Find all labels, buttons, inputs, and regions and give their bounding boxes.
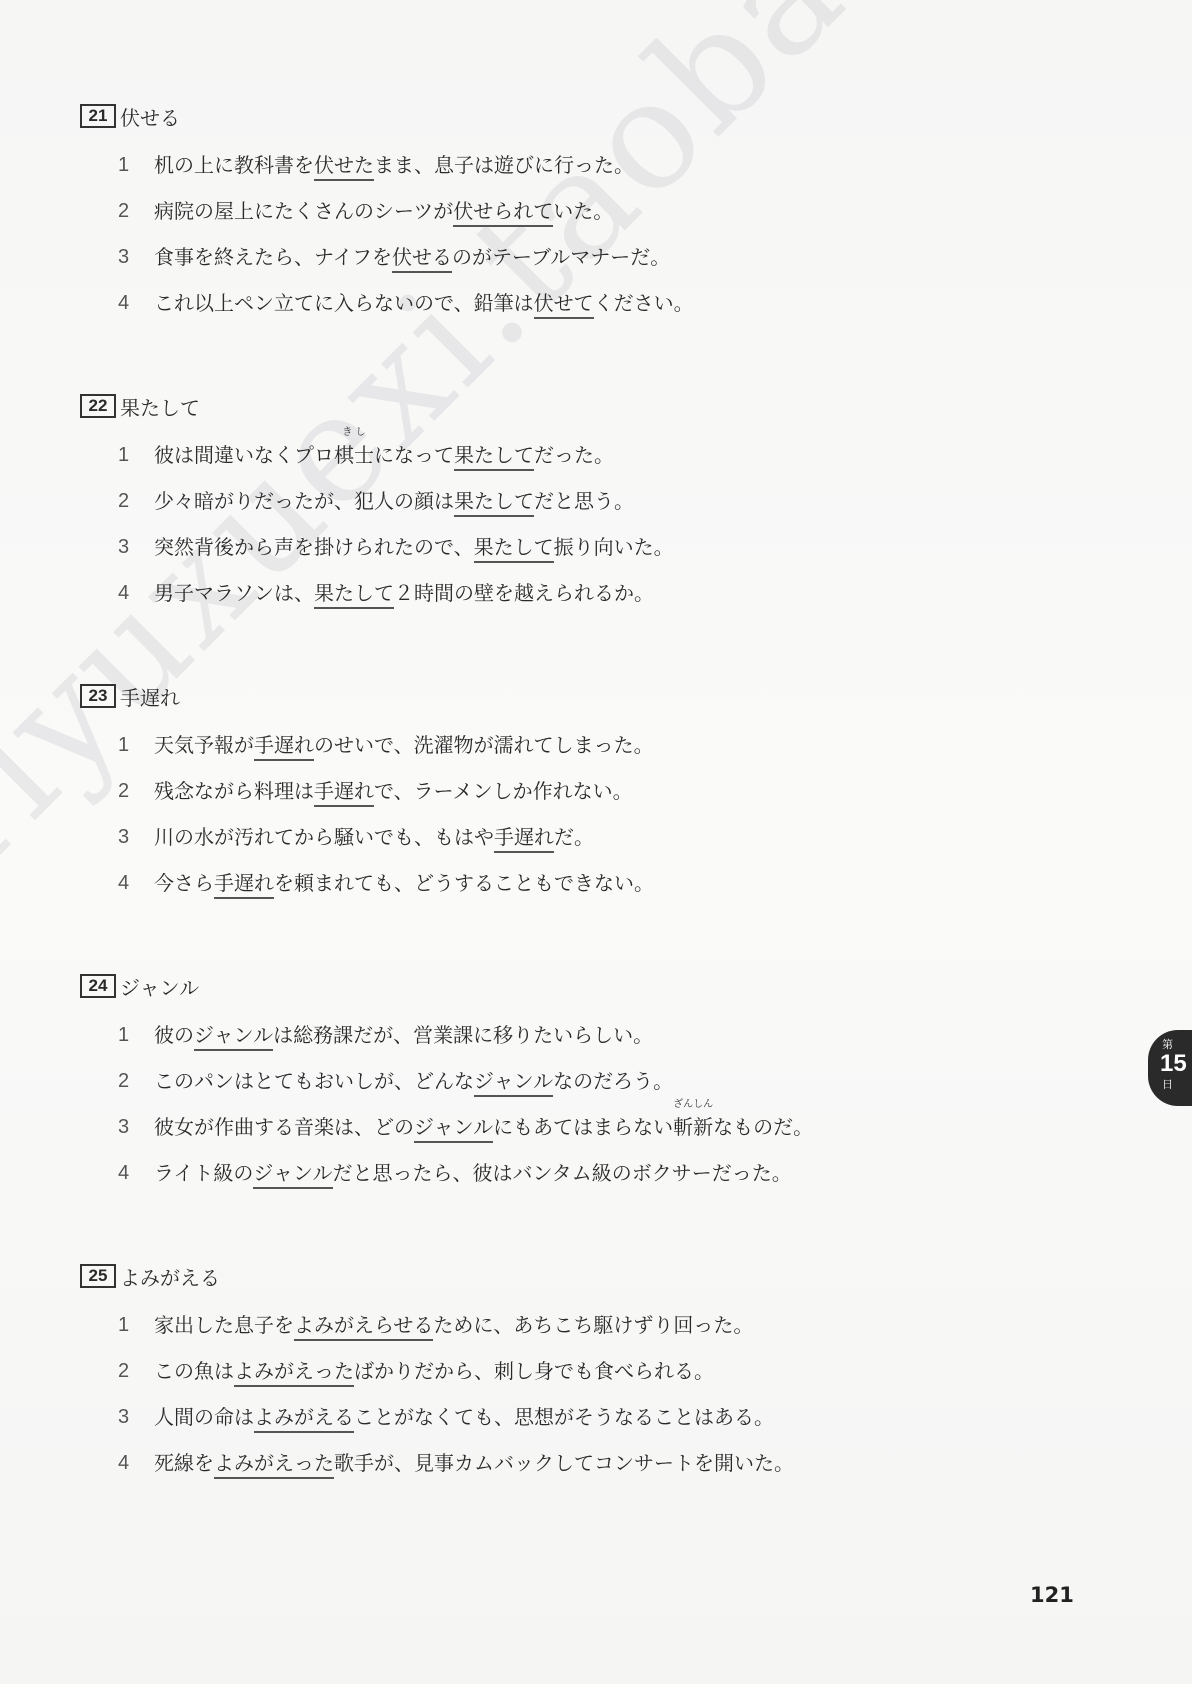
option-1[interactable]: 1 机の上に教科書を伏せたまま、息子は遊びに行った。 [118,152,694,198]
question-21: 21 伏せる 1 机の上に教科書を伏せたまま、息子は遊びに行った。 2 病院の屋… [80,102,694,336]
option-number: 1 [118,442,154,468]
question-number-box: 23 [80,684,116,708]
underlined-target: 手遅れ [214,871,274,899]
underlined-target: 手遅れ [254,733,314,761]
underlined-target: 手遅れ [314,779,374,807]
option-number: 3 [118,824,154,850]
option-list: 1 彼のジャンルは総務課だが、営業課に移りたいらしい。 2 このパンはとてもおい… [80,1022,813,1206]
option-number: 3 [118,1114,154,1140]
option-2[interactable]: 2 残念ながら料理は手遅れで、ラーメンしか作れない。 [118,778,654,824]
option-2[interactable]: 2 この魚はよみがえったばかりだから、刺し身でも食べられる。 [118,1358,794,1404]
option-1[interactable]: 1 彼のジャンルは総務課だが、営業課に移りたいらしい。 [118,1022,813,1068]
option-number: 4 [118,1160,154,1186]
option-number: 4 [118,1450,154,1476]
option-number: 3 [118,534,154,560]
ruby-annotation: き し棋士 [334,442,374,468]
question-header: 22 果たして [80,392,674,420]
option-number: 1 [118,1022,154,1048]
underlined-target: 伏せる [392,245,452,273]
underlined-target: 果たして [454,443,534,471]
page-number: 121 [1030,1583,1074,1607]
option-3[interactable]: 3 川の水が汚れてから騒いでも、もはや手遅れだ。 [118,824,654,870]
option-text: このパンはとてもおいしが、どんなジャンルなのだろう。 [154,1068,673,1094]
question-number-box: 22 [80,394,116,418]
option-2[interactable]: 2 病院の屋上にたくさんのシーツが伏せられていた。 [118,198,694,244]
option-text: ライト級のジャンルだと思ったら、彼はバンタム級のボクサーだった。 [154,1160,792,1186]
option-number: 4 [118,580,154,606]
option-4[interactable]: 4 今さら手遅れを頼まれても、どうすることもできない。 [118,870,654,916]
underlined-target: 伏せられて [453,199,553,227]
option-1[interactable]: 1 天気予報が手遅れのせいで、洗濯物が濡れてしまった。 [118,732,654,778]
underlined-target: ジャンル [474,1069,553,1097]
question-25: 25 よみがえる 1 家出した息子をよみがえらせるために、あちこち駆けずり回った… [80,1262,794,1496]
question-word: 果たして [120,392,200,421]
ruby-annotation: ざんしん斬新 [673,1114,713,1140]
option-2[interactable]: 2 少々暗がりだったが、犯人の顔は果たしてだと思う。 [118,488,674,534]
underlined-target: 手遅れ [494,825,554,853]
option-text: 彼は間違いなくプロき し棋士になって果たしてだった。 [154,442,614,468]
question-header: 23 手遅れ [80,682,654,710]
underlined-target: ジャンル [194,1023,273,1051]
underlined-target: よみがえる [254,1405,354,1433]
option-number: 3 [118,1404,154,1430]
option-text: この魚はよみがえったばかりだから、刺し身でも食べられる。 [154,1358,714,1384]
option-number: 2 [118,198,154,224]
question-22: 22 果たして 1 彼は間違いなくプロき し棋士になって果たしてだった。 2 少… [80,392,674,626]
option-1[interactable]: 1 家出した息子をよみがえらせるために、あちこち駆けずり回った。 [118,1312,794,1358]
option-number: 3 [118,244,154,270]
underlined-target: よみがえった [234,1359,354,1387]
option-text: 死線をよみがえった歌手が、見事カムバックしてコンサートを開いた。 [154,1450,794,1476]
option-text: 天気予報が手遅れのせいで、洗濯物が濡れてしまった。 [154,732,654,758]
underlined-target: ジャンル [414,1115,493,1143]
underlined-target: 伏せて [534,291,594,319]
option-text: これ以上ペン立てに入らないので、鉛筆は伏せてください。 [154,290,694,316]
underlined-target: よみがえった [214,1451,334,1479]
underlined-target: 果たして [454,489,534,517]
furigana: き し [334,428,374,438]
textbook-page: riyuxuexi.taobao.com 21 伏せる 1 机の上に教科書を伏せ… [0,0,1192,1684]
option-number: 4 [118,870,154,896]
option-number: 1 [118,732,154,758]
option-4[interactable]: 4 男子マラソンは、果たして２時間の壁を越えられるか。 [118,580,674,626]
option-text: 彼のジャンルは総務課だが、営業課に移りたいらしい。 [154,1022,653,1048]
question-header: 25 よみがえる [80,1262,794,1290]
question-word: ジャンル [120,972,199,1001]
option-text: 彼女が作曲する音楽は、どのジャンルにもあてはまらないざんしん斬新なものだ。 [154,1114,813,1140]
option-4[interactable]: 4 死線をよみがえった歌手が、見事カムバックしてコンサートを開いた。 [118,1450,794,1496]
option-3[interactable]: 3 突然背後から声を掛けられたので、果たして振り向いた。 [118,534,674,580]
question-24: 24 ジャンル 1 彼のジャンルは総務課だが、営業課に移りたいらしい。 2 この… [80,972,813,1206]
option-4[interactable]: 4 ライト級のジャンルだと思ったら、彼はバンタム級のボクサーだった。 [118,1160,813,1206]
option-list: 1 机の上に教科書を伏せたまま、息子は遊びに行った。 2 病院の屋上にたくさんの… [80,152,694,336]
option-number: 2 [118,1358,154,1384]
question-header: 24 ジャンル [80,972,813,1000]
underlined-target: 伏せた [314,153,374,181]
question-word: 伏せる [120,102,180,131]
furigana: ざんしん [673,1100,713,1110]
option-text: 男子マラソンは、果たして２時間の壁を越えられるか。 [154,580,654,606]
option-number: 1 [118,1312,154,1338]
option-text: 少々暗がりだったが、犯人の顔は果たしてだと思う。 [154,488,634,514]
underlined-target: ジャンル [253,1161,332,1189]
option-number: 1 [118,152,154,178]
option-number: 2 [118,1068,154,1094]
option-list: 1 天気予報が手遅れのせいで、洗濯物が濡れてしまった。 2 残念ながら料理は手遅… [80,732,654,916]
underlined-target: 果たして [474,535,554,563]
option-text: 川の水が汚れてから騒いでも、もはや手遅れだ。 [154,824,594,850]
option-3[interactable]: 3 食事を終えたら、ナイフを伏せるのがテーブルマナーだ。 [118,244,694,290]
option-number: 2 [118,488,154,514]
underlined-target: よみがえらせる [294,1313,433,1341]
option-text: 食事を終えたら、ナイフを伏せるのがテーブルマナーだ。 [154,244,670,270]
question-number-box: 21 [80,104,116,128]
question-header: 21 伏せる [80,102,694,130]
option-4[interactable]: 4 これ以上ペン立てに入らないので、鉛筆は伏せてください。 [118,290,694,336]
option-text: 机の上に教科書を伏せたまま、息子は遊びに行った。 [154,152,634,178]
option-text: 病院の屋上にたくさんのシーツが伏せられていた。 [154,198,613,224]
option-3[interactable]: 3 人間の命はよみがえることがなくても、思想がそうなることはある。 [118,1404,794,1450]
question-word: 手遅れ [120,682,180,711]
question-number-box: 24 [80,974,116,998]
option-number: 4 [118,290,154,316]
option-list: 1 家出した息子をよみがえらせるために、あちこち駆けずり回った。 2 この魚はよ… [80,1312,794,1496]
question-23: 23 手遅れ 1 天気予報が手遅れのせいで、洗濯物が濡れてしまった。 2 残念な… [80,682,654,916]
option-text: 家出した息子をよみがえらせるために、あちこち駆けずり回った。 [154,1312,753,1338]
day-15-tab: 第 15 日 [1148,1030,1192,1106]
question-word: よみがえる [120,1262,220,1291]
option-1[interactable]: 1 彼は間違いなくプロき し棋士になって果たしてだった。 [118,442,674,488]
option-number: 2 [118,778,154,804]
question-number-box: 25 [80,1264,116,1288]
option-3[interactable]: 3 彼女が作曲する音楽は、どのジャンルにもあてはまらないざんしん斬新なものだ。 [118,1114,813,1160]
option-text: 今さら手遅れを頼まれても、どうすることもできない。 [154,870,654,896]
day-tab-number: 15 [1160,1052,1192,1076]
option-text: 人間の命はよみがえることがなくても、思想がそうなることはある。 [154,1404,774,1430]
day-tab-suffix: 日 [1160,1076,1192,1092]
option-list: 1 彼は間違いなくプロき し棋士になって果たしてだった。 2 少々暗がりだったが… [80,442,674,626]
option-text: 残念ながら料理は手遅れで、ラーメンしか作れない。 [154,778,633,804]
underlined-target: 果たして [314,581,394,609]
option-text: 突然背後から声を掛けられたので、果たして振り向いた。 [154,534,674,560]
